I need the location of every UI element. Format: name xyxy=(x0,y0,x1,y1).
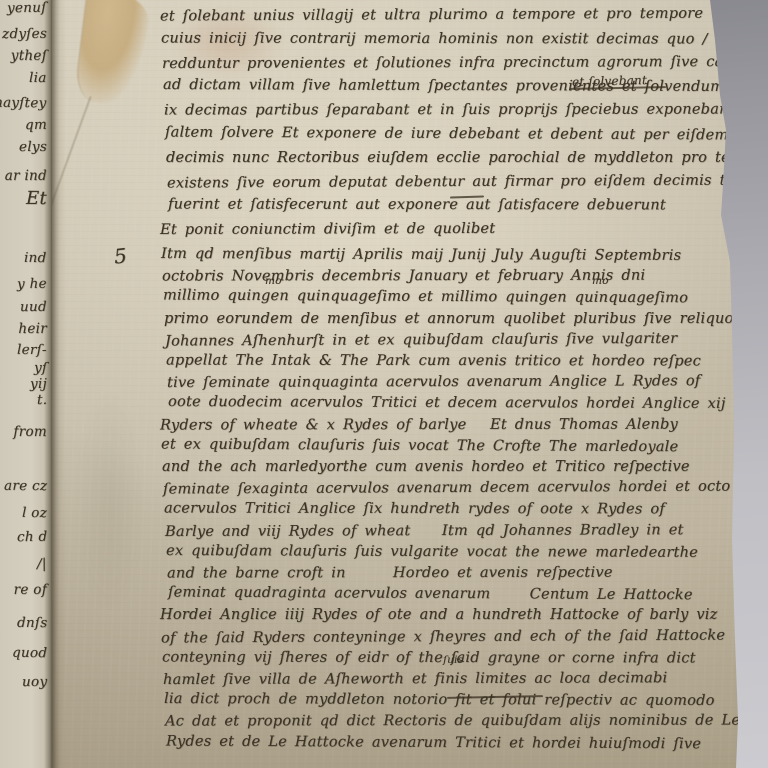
text-line: cuius inicij ſive contrarij memoria homi… xyxy=(161,27,739,52)
prev-page-fragment: yſ xyxy=(34,360,47,376)
text-line: Hordei Anglice iiij Rydes of ote and a h… xyxy=(160,605,738,626)
prev-page-fragment: are cz xyxy=(4,478,47,494)
prev-page-fragment: Et xyxy=(26,188,47,209)
prev-page-fragment: quod xyxy=(12,645,48,661)
text-line: ix decimas partibus ſeparabant et in ſui… xyxy=(164,99,742,124)
prev-page-fragment: yij xyxy=(30,376,47,392)
manuscript-photo: yenuſzdyſesytheſlianayſteyqmelysar indEt… xyxy=(0,0,768,768)
prev-page-fragment: y he xyxy=(17,276,47,292)
text-line: hamlet ſive villa de Aſheworth et finis … xyxy=(163,668,741,691)
text-line: ſeminat quadraginta acervulos avenarum C… xyxy=(168,583,746,607)
text-line: Ac dat et proponit qd dict Rectoris de q… xyxy=(165,711,743,733)
prev-page-fragment: dnſs xyxy=(16,615,47,631)
text-line: primo eorundem de menſibus et annorum qu… xyxy=(164,309,742,330)
manuscript-text: et ſolebant unius villagij et ultra plur… xyxy=(164,4,742,754)
text-line: Rydes et de Le Hattocke avenarum Tritici… xyxy=(166,731,744,755)
prev-page-fragment: re of xyxy=(14,582,47,598)
text-line: tive ſeminate quinquaginta acervulos ave… xyxy=(167,371,745,394)
previous-page-edge: yenuſzdyſesytheſlianayſteyqmelysar indEt… xyxy=(0,0,52,768)
paragraph: Itm qd menſibus martij Aprilis maij Juni… xyxy=(164,245,742,754)
text-line: Itm qd menſibus martij Aprilis maij Juni… xyxy=(161,244,739,267)
manuscript-page: 5 et ſolebant unius villagij et ultra pl… xyxy=(52,0,768,768)
prev-page-fragment: ch d xyxy=(16,529,47,545)
prev-page-fragment: nayſtey xyxy=(0,95,47,112)
superscript-annotation: ſuis xyxy=(443,654,463,666)
text-line: lia dict proch de myddleton notorio fit … xyxy=(164,689,742,712)
prev-page-fragment: ytheſ xyxy=(11,48,47,64)
text-line: Johannes Aſhenhurſt in et ex quibuſdam c… xyxy=(165,328,743,352)
text-line: ſeminate ſexaginta acervulos avenarum de… xyxy=(163,477,741,501)
text-line: decimis nunc Rectoribus eiuſdem ecclie p… xyxy=(166,147,744,171)
text-line: acervulos Tritici Anglice ſix hundreth r… xyxy=(164,499,742,521)
prev-page-fragment: elys xyxy=(19,139,47,155)
text-line: octobris Novembris decembris January et … xyxy=(162,266,740,288)
prev-page-fragment: t. xyxy=(37,392,47,408)
text-line: and the ach marledyorthe cum avenis hord… xyxy=(162,457,740,478)
text-line: appellat The Intak & The Park cum avenis… xyxy=(166,350,744,372)
text-line: Ryders of wheate & x Rydes of barlye Et … xyxy=(160,414,738,436)
corner-stain xyxy=(73,0,151,108)
prev-page-fragment: heir xyxy=(18,321,47,337)
section-mark: 5 xyxy=(113,243,128,268)
text-line: ſaltem ſolvere Et exponere de iure debeb… xyxy=(165,121,743,148)
text-line: and the barne croft in Hordeo et avenis … xyxy=(167,563,745,585)
text-line: ex quibuſdam clauſuris ſuis vulgarite vo… xyxy=(166,541,744,564)
margin-smudge xyxy=(78,396,142,606)
text-line: redduntur provenientes et ſolutiones inf… xyxy=(162,51,740,77)
prev-page-fragment: l oz xyxy=(22,505,47,521)
prev-page-fragment: ar ind xyxy=(5,168,47,184)
prev-page-fragment: zdyſes xyxy=(2,26,47,42)
text-line: of the ſaid Ryders conteyninge x ſheyres… xyxy=(161,625,739,649)
prev-page-fragment: uud xyxy=(20,299,47,315)
superscript-annotation: mo xyxy=(265,275,282,287)
superscript-annotation: mo xyxy=(592,275,609,287)
text-line: existens ſive eorum deputat debentur aut… xyxy=(167,169,745,196)
prev-page-fragment: lerſ- xyxy=(17,342,47,358)
prev-page-fragment: /| xyxy=(37,556,47,572)
text-line: Et ponit coniunctim diviſim et de quolib… xyxy=(160,217,738,243)
prev-page-fragment: lia xyxy=(29,70,47,86)
prev-page-fragment: yenuſ xyxy=(7,0,47,16)
prev-page-fragment: uoy xyxy=(22,674,48,690)
text-line: Barlye and viij Rydes of wheat Itm qd Jo… xyxy=(165,520,743,543)
prev-page-fragment: from xyxy=(13,424,47,440)
prev-page-fragment: ind xyxy=(24,250,47,266)
prev-page-fragment: qm xyxy=(25,117,47,133)
paragraph: et ſolebant unius villagij et ultra plur… xyxy=(164,4,742,242)
text-line: oote duodecim acervulos Tritici et decem… xyxy=(168,392,746,415)
text-line: millimo quingen quinquageſimo et millimo… xyxy=(163,286,741,310)
text-line: et ex quibuſdam clauſuris ſuis vocat The… xyxy=(161,434,739,458)
text-line: et ſolebant unius villagij et ultra plur… xyxy=(160,2,738,29)
